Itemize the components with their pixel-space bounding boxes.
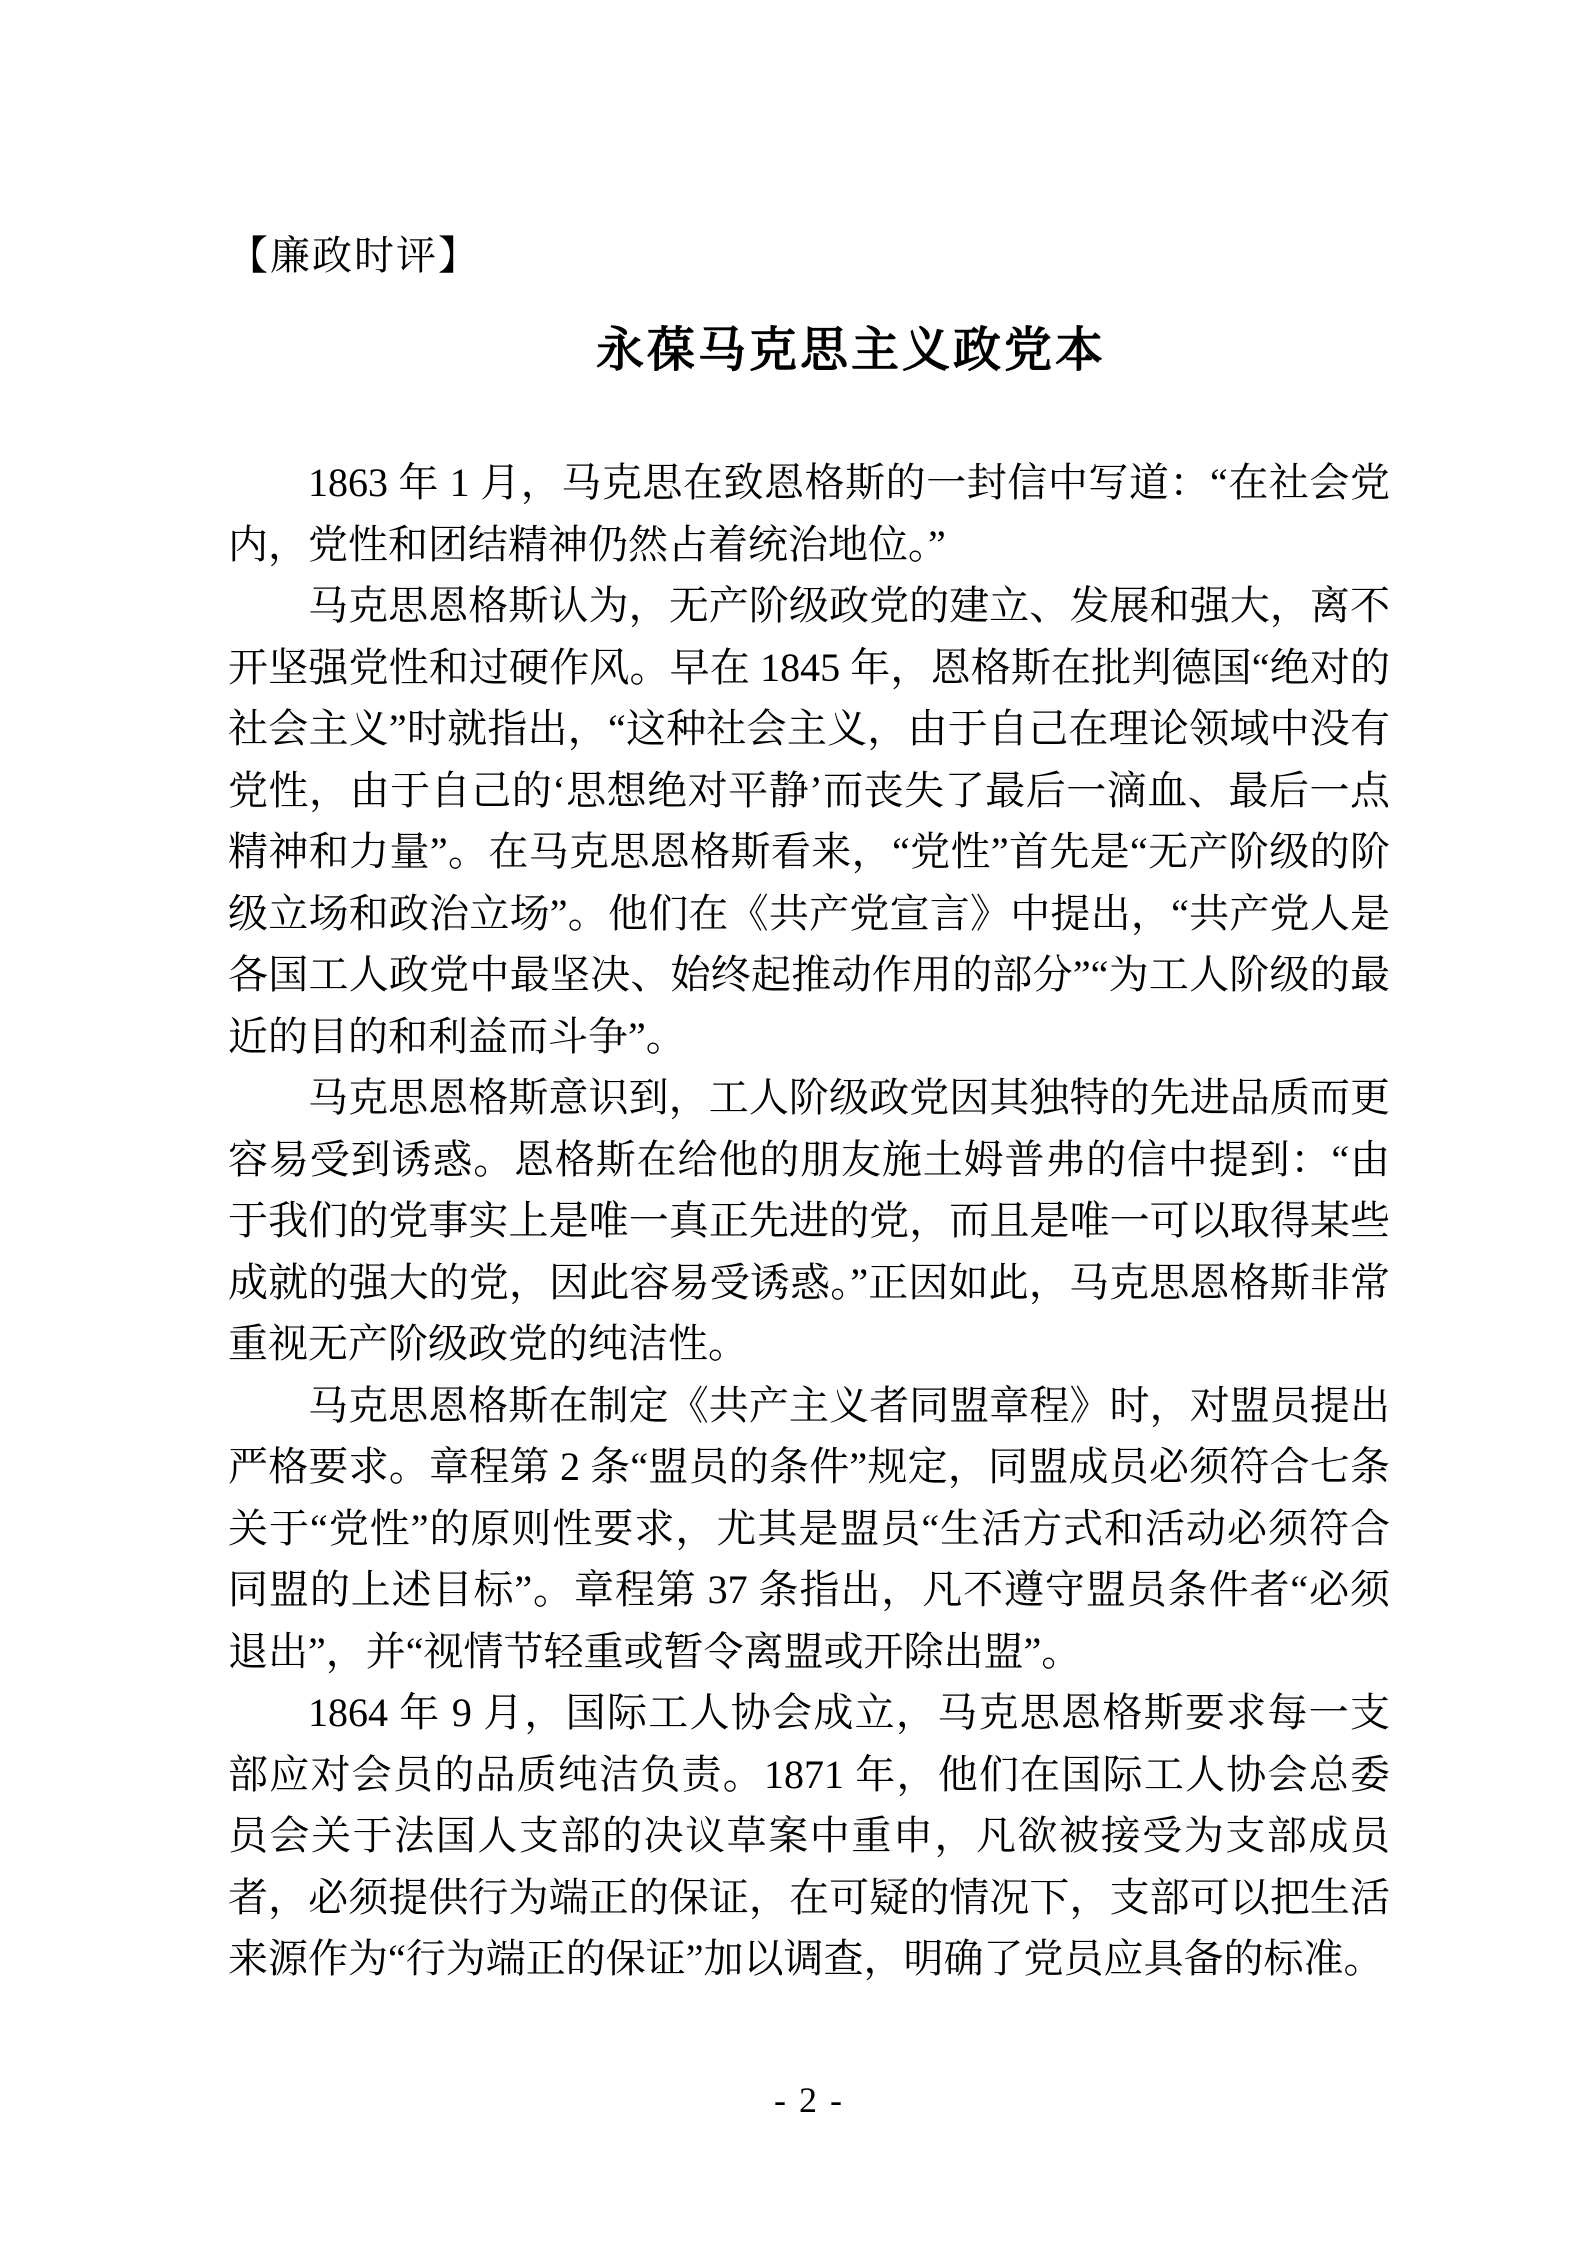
page-title: 永葆马克思主义政党本 <box>228 322 1390 380</box>
body-paragraphs: 1863 年 1 月，马克思在致恩格斯的一封信中写道：“在社会党内，党性和团结精… <box>228 452 1390 1990</box>
paragraph: 马克思恩格斯意识到，工人阶级政党因其独特的先进品质而更容易受到诱惑。恩格斯在给他… <box>228 1067 1390 1375</box>
paragraph: 1864 年 9 月，国际工人协会成立，马克思恩格斯要求每一支部应对会员的品质纯… <box>228 1682 1390 1990</box>
paragraph: 马克思恩格斯在制定《共产主义者同盟章程》时，对盟员提出严格要求。章程第 2 条“… <box>228 1375 1390 1683</box>
paragraph: 马克思恩格斯认为，无产阶级政党的建立、发展和强大，离不开坚强党性和过硬作风。早在… <box>228 575 1390 1067</box>
document-page: 【廉政时评】 永葆马克思主义政党本 1863 年 1 月，马克思在致恩格斯的一封… <box>0 0 1587 2245</box>
paragraph: 1863 年 1 月，马克思在致恩格斯的一封信中写道：“在社会党内，党性和团结精… <box>228 452 1390 575</box>
section-label: 【廉政时评】 <box>228 232 1390 280</box>
page-number: - 2 - <box>228 2078 1390 2122</box>
